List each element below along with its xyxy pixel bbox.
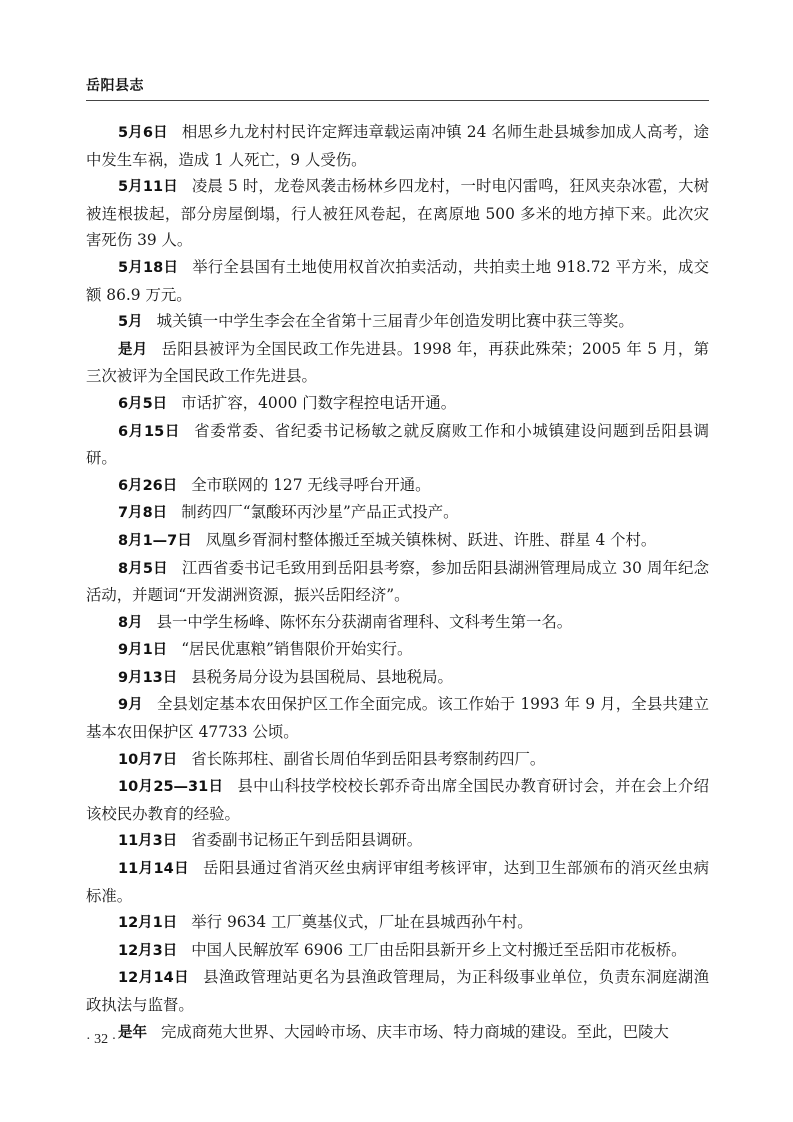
entry-date: 12月1日 xyxy=(118,915,177,931)
entry: 是月岳阳县被评为全国民政工作先进县。1998 年，再获此殊荣；2005 年 5 … xyxy=(86,336,709,390)
entry-date: 10月25—31日 xyxy=(118,779,223,795)
entry-text: 市话扩容，4000 门数字程控电话开通。 xyxy=(181,394,456,412)
entry-date: 9月 xyxy=(118,697,143,713)
entry: 是年完成商苑大世界、大园岭市场、庆丰市场、特力商城的建设。至此，巴陵大 xyxy=(86,1019,709,1047)
entry: 10月7日省长陈邦柱、副省长周伯华到岳阳县考察制药四厂。 xyxy=(86,746,709,774)
entry-text: 县一中学生杨峰、陈怀东分获湖南省理科、文科考生第一名。 xyxy=(157,613,573,631)
entry-text: 省委副书记杨正午到岳阳县调研。 xyxy=(191,831,422,849)
entry-text: 凤凰乡胥洞村整体搬迁至城关镇株树、跃进、许胜、群星 4 个村。 xyxy=(206,531,657,549)
entry-text: 凌晨 5 时，龙卷风袭击杨林乡四龙村，一时电闪雷鸣，狂风夹杂冰雹，大树被连根拔起… xyxy=(86,177,709,249)
entry-text: 相思乡九龙村村民许定辉违章载运南冲镇 24 名师生赴县城参加成人高考，途中发生车… xyxy=(86,123,709,169)
entry-date: 12月3日 xyxy=(118,943,177,959)
entry: 9月1日“居民优惠粮”销售限价开始实行。 xyxy=(86,636,709,664)
entry: 12月1日举行 9634 工厂奠基仪式，厂址在县城西孙午村。 xyxy=(86,909,709,937)
entry-date: 11月3日 xyxy=(118,833,177,849)
entry-date: 7月8日 xyxy=(118,505,167,521)
entry: 5月11日凌晨 5 时，龙卷风袭击杨林乡四龙村，一时电闪雷鸣，狂风夹杂冰雹，大树… xyxy=(86,173,709,254)
entry-text: 江西省委书记毛致用到岳阳县考察，参加岳阳县湖洲管理局成立 30 周年纪念活动，并… xyxy=(86,559,709,605)
entry: 11月14日岳阳县通过省消灭丝虫病评审组考核评审，达到卫生部颁布的消灭丝虫病标准… xyxy=(86,855,709,909)
entry: 6月15日省委常委、省纪委书记杨敏之就反腐败工作和小城镇建设问题到岳阳县调研。 xyxy=(86,418,709,472)
entry-text: 省长陈邦柱、副省长周伯华到岳阳县考察制药四厂。 xyxy=(191,750,545,768)
entry-date: 9月13日 xyxy=(118,670,177,686)
entry: 8月县一中学生杨峰、陈怀东分获湖南省理科、文科考生第一名。 xyxy=(86,609,709,637)
entry: 5月城关镇一中学生李会在全省第十三届青少年创造发明比赛中获三等奖。 xyxy=(86,308,709,336)
entry-text: 全县划定基本农田保护区工作全面完成。该工作始于 1993 年 9 月，全县共建立… xyxy=(86,695,709,741)
entry-text: 举行 9634 工厂奠基仪式，厂址在县城西孙午村。 xyxy=(191,913,532,931)
entry-date: 5月18日 xyxy=(118,260,178,276)
entry: 9月全县划定基本农田保护区工作全面完成。该工作始于 1993 年 9 月，全县共… xyxy=(86,691,709,745)
entry-text: 全市联网的 127 无线寻呼台开通。 xyxy=(191,476,430,494)
entry: 7月8日制药四厂“氯酸环丙沙星”产品正式投产。 xyxy=(86,499,709,527)
entry: 12月14日县渔政管理站更名为县渔政管理局，为正科级事业单位，负责东洞庭湖渔政执… xyxy=(86,964,709,1018)
entry: 11月3日省委副书记杨正午到岳阳县调研。 xyxy=(86,827,709,855)
entry: 5月6日相思乡九龙村村民许定辉违章载运南冲镇 24 名师生赴县城参加成人高考，途… xyxy=(86,119,709,173)
entry-date: 5月6日 xyxy=(118,125,168,141)
entry-date: 是月 xyxy=(118,342,148,358)
entry-text: 举行全县国有土地使用权首次拍卖活动，共拍卖土地 918.72 平方米，成交额 8… xyxy=(86,258,709,304)
entry: 9月13日县税务局分设为县国税局、县地税局。 xyxy=(86,664,709,692)
entry: 8月5日江西省委书记毛致用到岳阳县考察，参加岳阳县湖洲管理局成立 30 周年纪念… xyxy=(86,555,709,609)
entry-date: 10月7日 xyxy=(118,752,177,768)
entry-date: 9月1日 xyxy=(118,642,167,658)
entry: 5月18日举行全县国有土地使用权首次拍卖活动，共拍卖土地 918.72 平方米，… xyxy=(86,254,709,308)
entry-date: 8月1—7日 xyxy=(118,533,192,549)
entry-date: 6月26日 xyxy=(118,478,177,494)
entry-text: 制药四厂“氯酸环丙沙星”产品正式投产。 xyxy=(181,503,458,521)
entry-date: 8月 xyxy=(118,615,143,631)
entry-date: 5月 xyxy=(118,314,143,330)
entry: 6月26日全市联网的 127 无线寻呼台开通。 xyxy=(86,472,709,500)
header-rule xyxy=(86,100,709,101)
entry-date: 是年 xyxy=(118,1025,147,1041)
entry-text: 中国人民解放军 6906 工厂由岳阳县新开乡上文村搬迁至岳阳市花板桥。 xyxy=(191,941,686,959)
entry-date: 5月11日 xyxy=(118,179,178,195)
entry-text: “居民优惠粮”销售限价开始实行。 xyxy=(181,640,412,658)
entry-text: 岳阳县被评为全国民政工作先进县。1998 年，再获此殊荣；2005 年 5 月，… xyxy=(86,340,709,386)
entry-text: 完成商苑大世界、大园岭市场、庆丰市场、特力商城的建设。至此，巴陵大 xyxy=(161,1023,669,1041)
entry: 12月3日中国人民解放军 6906 工厂由岳阳县新开乡上文村搬迁至岳阳市花板桥。 xyxy=(86,937,709,965)
entry-date: 6月15日 xyxy=(118,424,180,440)
entry: 10月25—31日县中山科技学校校长郭乔奇出席全国民办教育研讨会，并在会上介绍该… xyxy=(86,773,709,827)
entry-text: 县税务局分设为县国税局、县地税局。 xyxy=(191,668,453,686)
entry-date: 11月14日 xyxy=(118,861,189,877)
entry: 8月1—7日凤凰乡胥洞村整体搬迁至城关镇株树、跃进、许胜、群星 4 个村。 xyxy=(86,527,709,555)
page-number: · 32 · xyxy=(86,1032,116,1048)
entry-date: 8月5日 xyxy=(118,561,168,577)
entry-text: 城关镇一中学生李会在全省第十三届青少年创造发明比赛中获三等奖。 xyxy=(157,312,634,330)
entry: 6月5日市话扩容，4000 门数字程控电话开通。 xyxy=(86,390,709,418)
chronicle-body: 5月6日相思乡九龙村村民许定辉违章载运南冲镇 24 名师生赴县城参加成人高考，途… xyxy=(86,119,709,1046)
entry-date: 12月14日 xyxy=(118,970,189,986)
entry-date: 6月5日 xyxy=(118,396,167,412)
running-head: 岳阳县志 xyxy=(86,75,144,95)
